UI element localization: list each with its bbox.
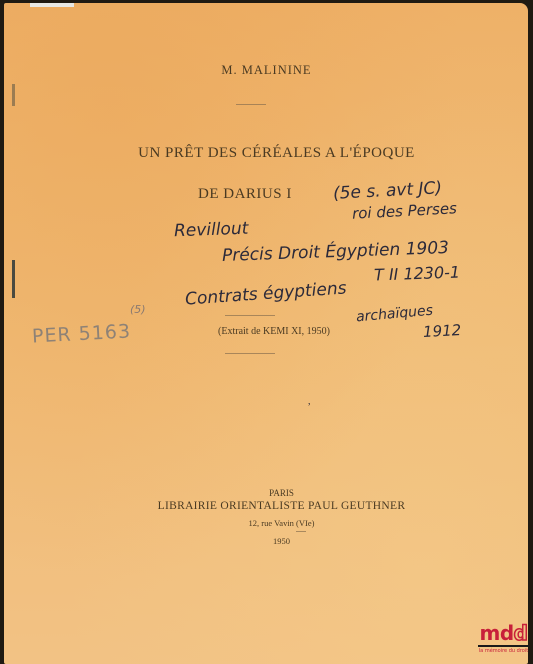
logo-underline — [478, 645, 529, 647]
scan-tab-mark — [30, 3, 74, 7]
binding-mark — [12, 260, 15, 298]
handwritten-note-volume: T II 1230-1 — [374, 263, 461, 285]
ink-mark: , — [308, 396, 311, 407]
extract-note: (Extrait de KEMI XI, 1950) — [0, 326, 533, 337]
logo-tagline: la mémoire du droit — [476, 648, 531, 654]
mdd-logo: mdd la mémoire du droit — [476, 623, 531, 654]
logo-letters: mdd — [476, 623, 531, 643]
imprint-address: 12, rue Vavin (VIe) — [0, 518, 533, 528]
title-line-1: UN PRÊT DES CÉRÉALES A L'ÉPOQUE — [0, 145, 533, 162]
author-name: M. MALININE — [0, 63, 533, 78]
title-line-2: DE DARIUS I — [198, 186, 292, 203]
handwritten-note-number: (5) — [130, 303, 146, 316]
binding-mark — [12, 84, 15, 106]
divider-rule — [296, 531, 306, 532]
divider-rule — [225, 315, 275, 316]
divider-rule — [236, 104, 266, 105]
imprint-publisher: LIBRAIRIE ORIENTALISTE PAUL GEUTHNER — [0, 500, 533, 512]
imprint-year: 1950 — [0, 536, 533, 546]
divider-rule — [225, 353, 275, 354]
imprint-city: PARIS — [0, 488, 533, 498]
handwritten-note-author: Revillout — [174, 219, 249, 242]
